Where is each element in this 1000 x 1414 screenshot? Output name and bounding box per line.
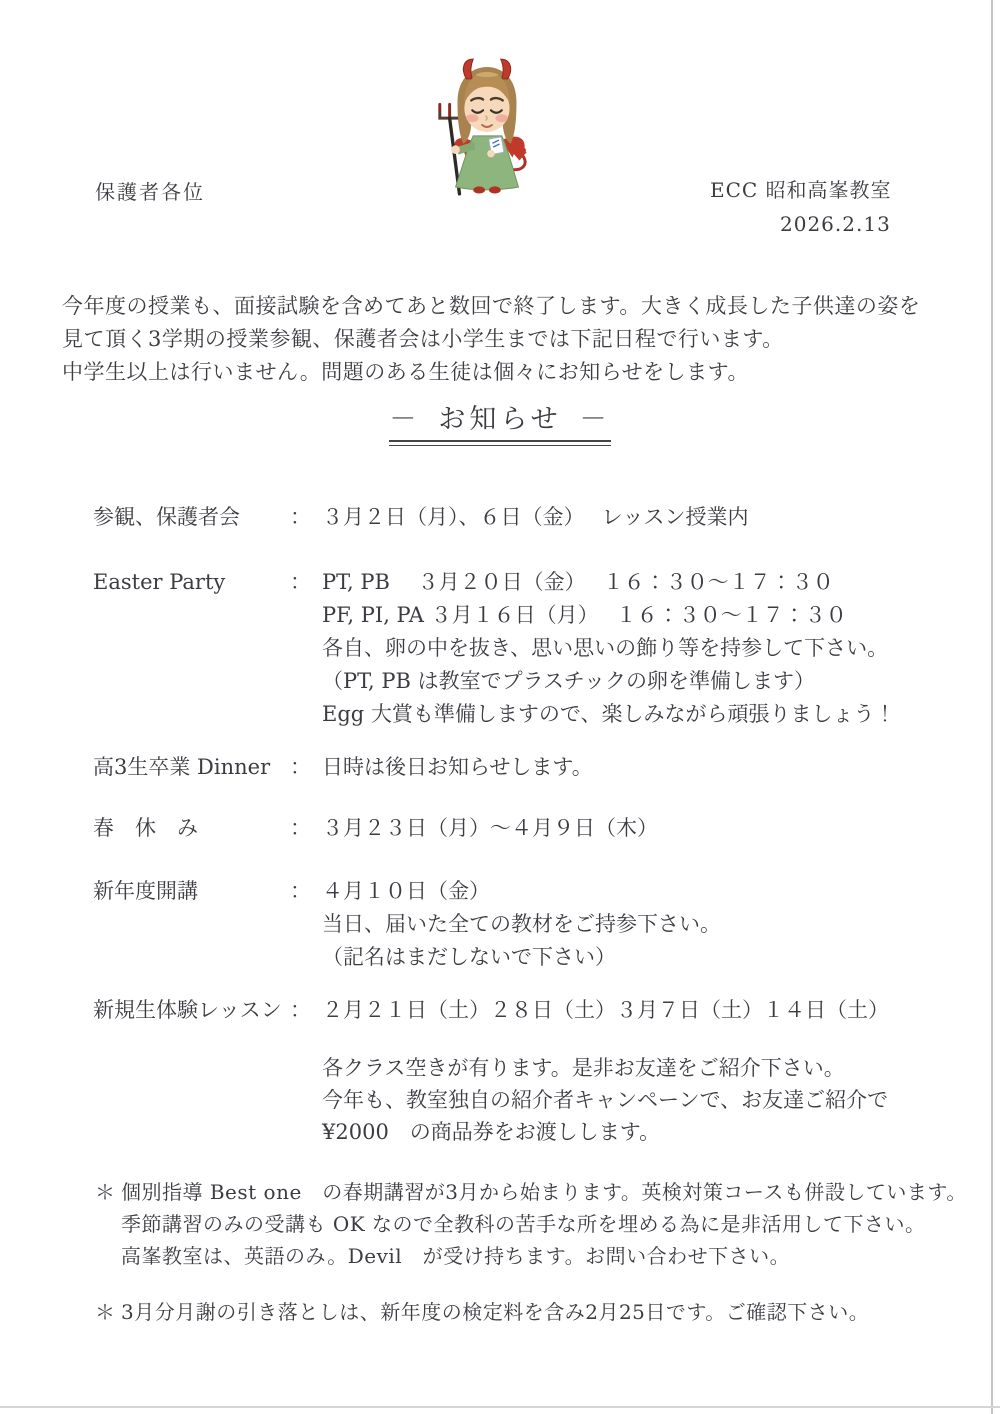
row-label: Easter Party xyxy=(93,566,290,731)
row-colon: ： xyxy=(290,751,322,784)
row-line: （PT, PB は教室でプラスチックの卵を準備します） xyxy=(322,665,895,698)
row-label: 新規生体験レッスン xyxy=(93,994,290,1027)
row-line: ２月２１日（土）２８日（土）３月７日（土）１４日（土） xyxy=(322,994,889,1027)
row-label: 春 休 み xyxy=(93,812,290,845)
document-date: 2026.2.13 xyxy=(780,212,891,236)
row-line: 日時は後日お知らせします。 xyxy=(322,751,593,784)
referral-line: 各クラス空きが有ります。是非お友達をご紹介下さい。 xyxy=(322,1052,888,1084)
asterisk-marker: ＊ xyxy=(95,1176,121,1272)
title-dash-right: － xyxy=(580,397,611,436)
note-line: 個別指導 Best one の春期講習が3月から始まります。英検対策コースも併設… xyxy=(121,1176,967,1208)
school-name: ECC 昭和高峯教室 xyxy=(710,174,892,203)
row-line: （記名はまだしないで下さい） xyxy=(322,941,721,974)
devil-teacher-illustration xyxy=(428,50,546,205)
note-line: 季節講習のみの受講も OK なので全教科の苦手な所を埋める為に是非活用して下さい… xyxy=(121,1208,967,1240)
row-line: ３月２３日（月）～４月９日（木） xyxy=(322,812,658,845)
row-line: PT, PB ３月２０日（金） １６：３０～１７：３０ xyxy=(322,566,895,599)
row-colon: ： xyxy=(290,994,322,1027)
schedule-row-new-term-start: 新年度開講 ： ４月１０日（金） 当日、届いた全ての教材をご持参下さい。 （記名… xyxy=(93,875,721,974)
schedule-row-sankan: 参観、保護者会 ： ３月２日（月）、６日（金） レッスン授業内 xyxy=(93,501,748,534)
devil-teacher-icon xyxy=(428,50,546,205)
row-label: 高3生卒業 Dinner xyxy=(93,751,290,784)
row-line: 各自、卵の中を抜き、思い思いの飾り等を持参して下さい。 xyxy=(322,632,895,665)
row-line: Egg 大賞も準備しますので、楽しみながら頑張りましょう！ xyxy=(322,698,895,731)
schedule-row-graduation-dinner: 高3生卒業 Dinner ： 日時は後日お知らせします。 xyxy=(93,751,593,784)
row-colon: ： xyxy=(290,566,322,731)
note-line: 3月分月謝の引き落としは、新年度の検定料を含み2月25日です。ご確認下さい。 xyxy=(121,1296,869,1328)
schedule-row-trial-lesson: 新規生体験レッスン ： ２月２１日（土）２８日（土）３月７日（土）１４日（土） xyxy=(93,994,889,1027)
row-label: 新年度開講 xyxy=(93,875,290,974)
intro-paragraph: 今年度の授業も、面接試験を含めてあと数回で終了します。大きく成長した子供達の姿を… xyxy=(62,290,920,389)
note-best-one: ＊ 個別指導 Best one の春期講習が3月から始まります。英検対策コースも… xyxy=(95,1176,967,1272)
row-label: 参観、保護者会 xyxy=(93,501,290,534)
asterisk-marker: ＊ xyxy=(95,1296,121,1328)
row-line: 当日、届いた全ての教材をご持参下さい。 xyxy=(322,908,721,941)
scan-edge-right xyxy=(991,0,993,1414)
scan-edge-bottom xyxy=(0,1406,1000,1408)
intro-line: 中学生以上は行いません。問題のある生徒は個々にお知らせをします。 xyxy=(62,356,920,389)
row-colon: ： xyxy=(290,812,322,845)
referral-paragraph: 各クラス空きが有ります。是非お友達をご紹介下さい。 今年も、教室独自の紹介者キャ… xyxy=(322,1052,888,1148)
notice-title-wrap: － お知らせ － xyxy=(0,397,1000,448)
referral-line: ¥2000 の商品券をお渡しします。 xyxy=(322,1116,888,1148)
page-title: お知らせ xyxy=(438,397,561,436)
notice-document-page: 保護者各位 ECC 昭和高峯教室 2026.2.13 今年度の授業も、面接試験を… xyxy=(0,0,1000,1414)
row-line: ４月１０日（金） xyxy=(322,875,721,908)
row-colon: ： xyxy=(290,875,322,974)
row-colon: ： xyxy=(290,501,322,534)
intro-line: 今年度の授業も、面接試験を含めてあと数回で終了します。大きく成長した子供達の姿を xyxy=(62,290,920,323)
schedule-row-spring-break: 春 休 み ： ３月２３日（月）～４月９日（木） xyxy=(93,812,658,845)
referral-line: 今年も、教室独自の紹介者キャンペーンで、お友達ご紹介で xyxy=(322,1084,888,1116)
row-line: ３月２日（月）、６日（金） レッスン授業内 xyxy=(322,501,748,534)
title-dash-left: － xyxy=(389,397,420,436)
row-line: PF, PI, PA ３月１６日（月） １６：３０～１７：３０ xyxy=(322,599,895,632)
note-tuition-debit: ＊ 3月分月謝の引き落としは、新年度の検定料を含み2月25日です。ご確認下さい。 xyxy=(95,1296,869,1328)
title-double-underline xyxy=(389,440,610,446)
notice-title: － お知らせ － xyxy=(383,397,616,448)
schedule-row-easter-party: Easter Party ： PT, PB ３月２０日（金） １６：３０～１７：… xyxy=(93,566,895,731)
addressee: 保護者各位 xyxy=(95,176,205,205)
intro-line: 見て頂く3学期の授業参観、保護者会は小学生までは下記日程で行います。 xyxy=(62,323,920,356)
note-line: 高峯教室は、英語のみ。Devil が受け持ちます。お問い合わせ下さい。 xyxy=(121,1240,967,1272)
